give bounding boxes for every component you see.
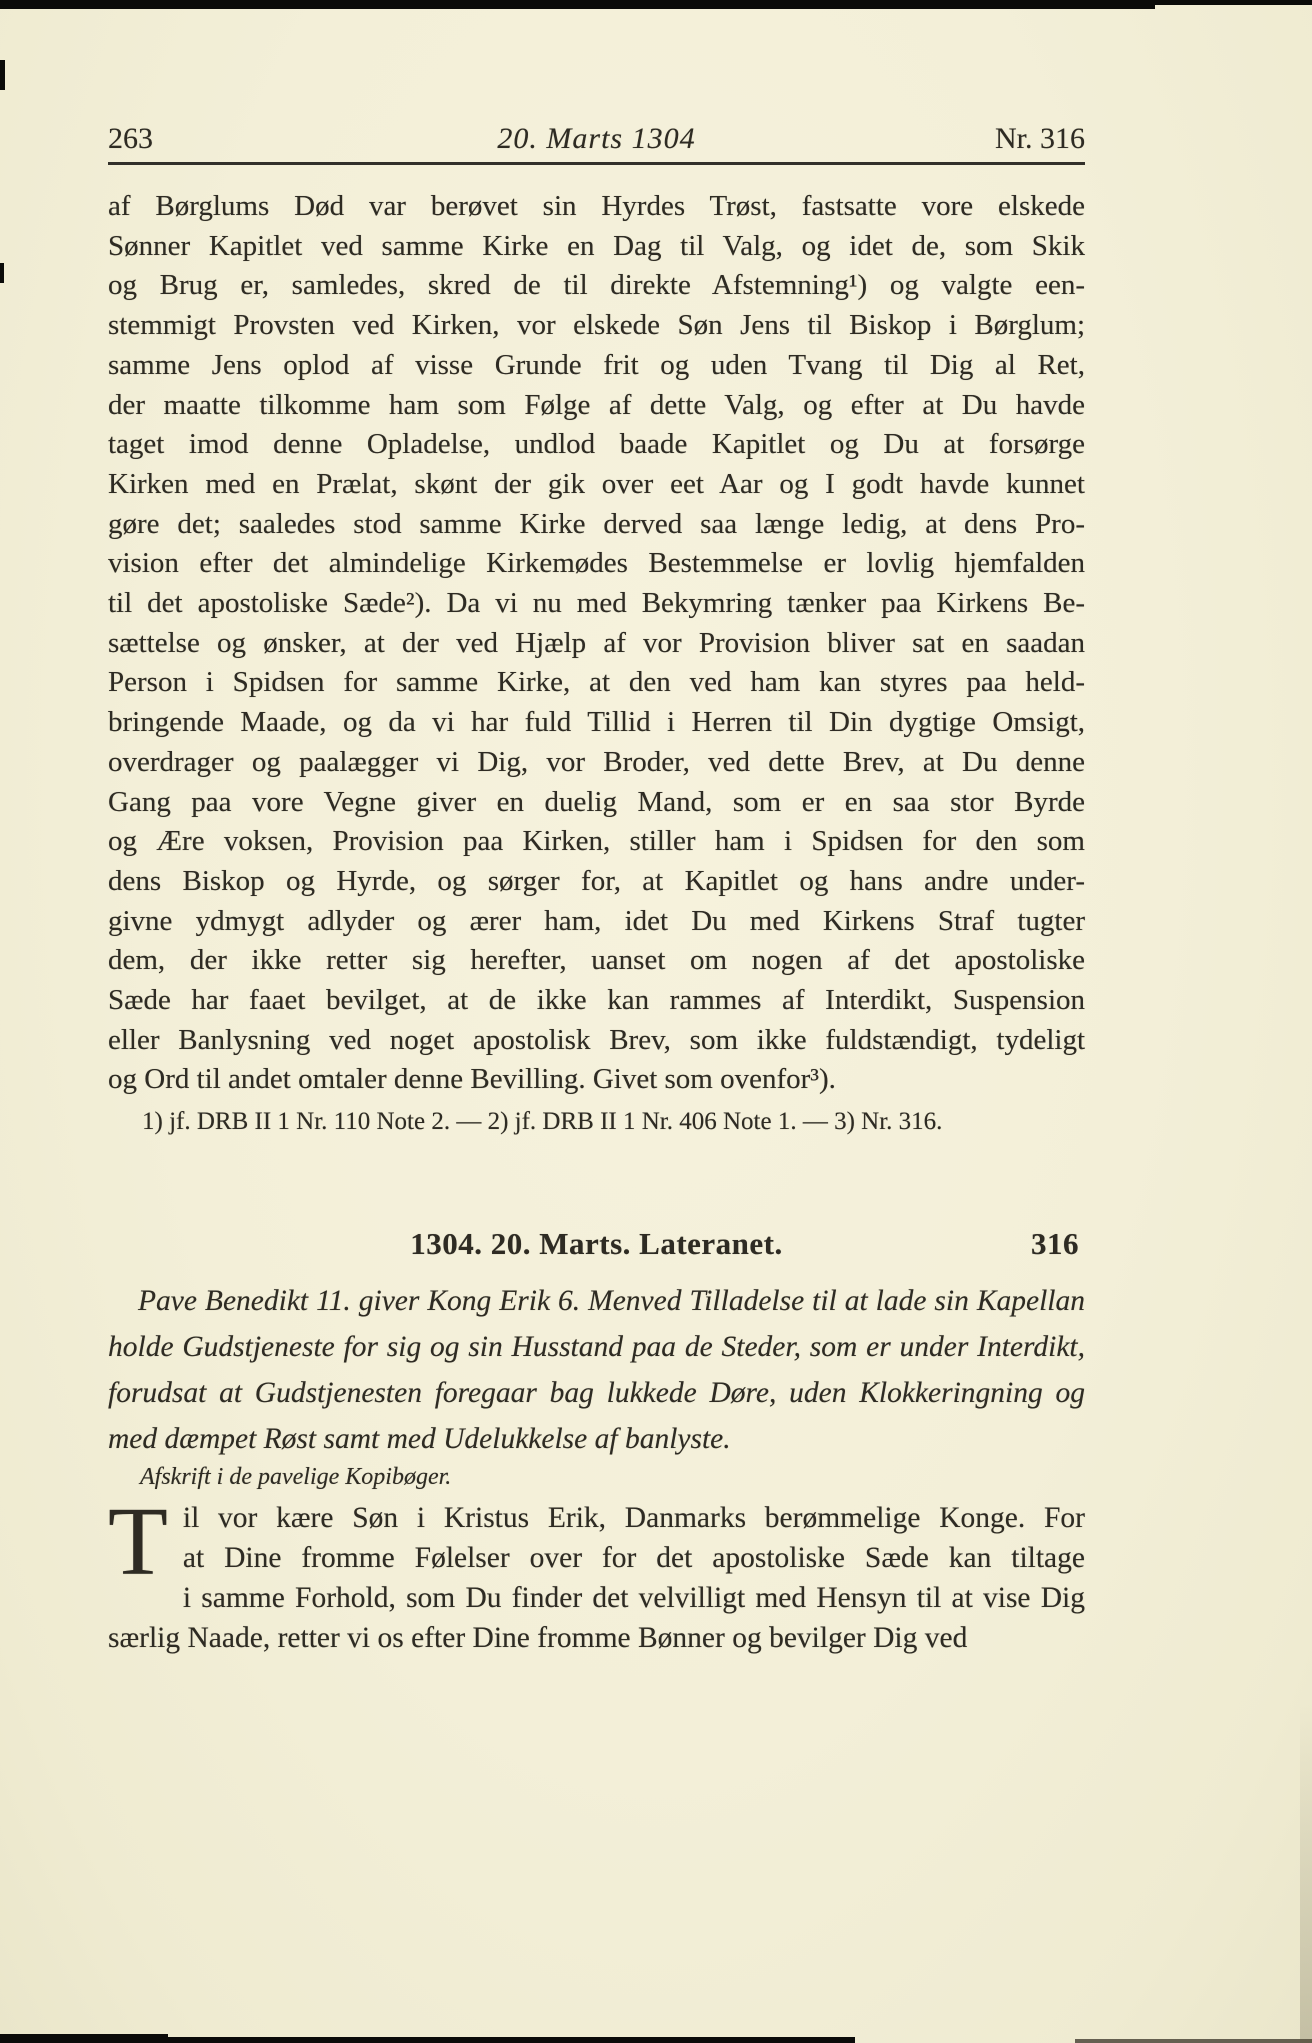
body-line: og Ære voksen, Provision paa Kirken, sti…	[108, 822, 1085, 862]
opening-line: il vor kære Søn i Kristus Erik, Danmarks…	[108, 1498, 1085, 1538]
letter-316-opening: T il vor kære Søn i Kristus Erik, Danmar…	[108, 1498, 1085, 1658]
drop-cap: T	[108, 1505, 168, 1579]
body-line: der maatte tilkomme ham som Følge af det…	[108, 386, 1085, 426]
body-line: givne ydmygt adlyder og ærer ham, idet D…	[108, 902, 1085, 942]
letter-315-body: af Børglums Død var berøvet sin Hyrdes T…	[108, 187, 1085, 1100]
source-note: Afskrift i de pavelige Kopibøger.	[140, 1462, 1085, 1492]
scan-artifact-bottom-smudge	[1075, 2039, 1312, 2043]
scan-artifact-bottom-bar	[160, 2037, 855, 2043]
book-page: 263 20. Marts 1304 Nr. 316 af Børglums D…	[0, 0, 1312, 2043]
document-ref: Nr. 316	[759, 122, 1085, 156]
body-line: Gang paa vore Vegne giver en duelig Mand…	[108, 783, 1085, 823]
header-rule	[108, 162, 1085, 165]
summary-line: med dæmpet Røst samt med Udelukkelse af …	[108, 1416, 1085, 1462]
scan-artifact-left-mark	[0, 60, 5, 90]
body-line: Person i Spidsen for samme Kirke, at den…	[108, 663, 1085, 703]
entry-heading: 1304. 20. Marts. Lateranet. 316	[108, 1226, 1085, 1262]
running-header: 263 20. Marts 1304 Nr. 316	[108, 122, 1085, 156]
body-line: taget imod denne Opladelse, undlod baade…	[108, 425, 1085, 465]
footnote-line: 1) jf. DRB II 1 Nr. 110 Note 2. — 2) jf.…	[108, 1106, 1085, 1138]
body-line: samme Jens oplod af visse Grunde frit og…	[108, 346, 1085, 386]
scan-artifact-right-edge	[1300, 1700, 1312, 2043]
body-line: overdrager og paalægger vi Dig, vor Brod…	[108, 743, 1085, 783]
body-line: eller Banlysning ved noget apostolisk Br…	[108, 1021, 1085, 1061]
body-line: Kirken med en Prælat, skønt der gik over…	[108, 465, 1085, 505]
body-line: stemmigt Provsten ved Kirken, vor elsked…	[108, 306, 1085, 346]
body-line: dens Biskop og Hyrde, og sørger for, at …	[108, 862, 1085, 902]
scan-artifact-left-mark	[0, 263, 4, 283]
running-title: 20. Marts 1304	[434, 122, 760, 156]
opening-line: særlig Naade, retter vi os efter Dine fr…	[108, 1618, 1085, 1658]
body-line: Sønner Kapitlet ved samme Kirke en Dag t…	[108, 227, 1085, 267]
page-content: 263 20. Marts 1304 Nr. 316 af Børglums D…	[108, 0, 1085, 1658]
body-line: bringende Maade, og da vi har fuld Tilli…	[108, 703, 1085, 743]
body-line: vision efter det almindelige Kirkemødes …	[108, 544, 1085, 584]
entry-summary: Pave Benedikt 11. giver Kong Erik 6. Men…	[108, 1278, 1085, 1462]
body-line: dem, der ikke retter sig herefter, uanse…	[108, 941, 1085, 981]
page-number: 263	[108, 122, 434, 156]
entry-heading-title: 1304. 20. Marts. Lateranet.	[410, 1226, 783, 1261]
body-line: af Børglums Død var berøvet sin Hyrdes T…	[108, 187, 1085, 227]
body-line: sættelse og ønsker, at der ved Hjælp af …	[108, 624, 1085, 664]
body-line: til det apostoliske Sæde²). Da vi nu med…	[108, 584, 1085, 624]
opening-line: i samme Forhold, som Du finder det velvi…	[108, 1578, 1085, 1618]
summary-line: forudsat at Gudstjenesten foregaar bag l…	[108, 1370, 1085, 1416]
body-line: og Ord til andet omtaler denne Bevilling…	[108, 1060, 1085, 1100]
opening-line: at Dine fromme Følelser over for det apo…	[108, 1538, 1085, 1578]
body-line: og Brug er, samledes, skred de til direk…	[108, 266, 1085, 306]
entry-number: 316	[1031, 1226, 1079, 1262]
body-line: Sæde har faaet bevilget, at de ikke kan …	[108, 981, 1085, 1021]
summary-line: holde Gudstjeneste for sig og sin Hussta…	[108, 1324, 1085, 1370]
scan-artifact-bottom-bar	[0, 2034, 168, 2043]
body-line: gøre det; saaledes stod samme Kirke derv…	[108, 505, 1085, 545]
summary-line: Pave Benedikt 11. giver Kong Erik 6. Men…	[108, 1278, 1085, 1324]
